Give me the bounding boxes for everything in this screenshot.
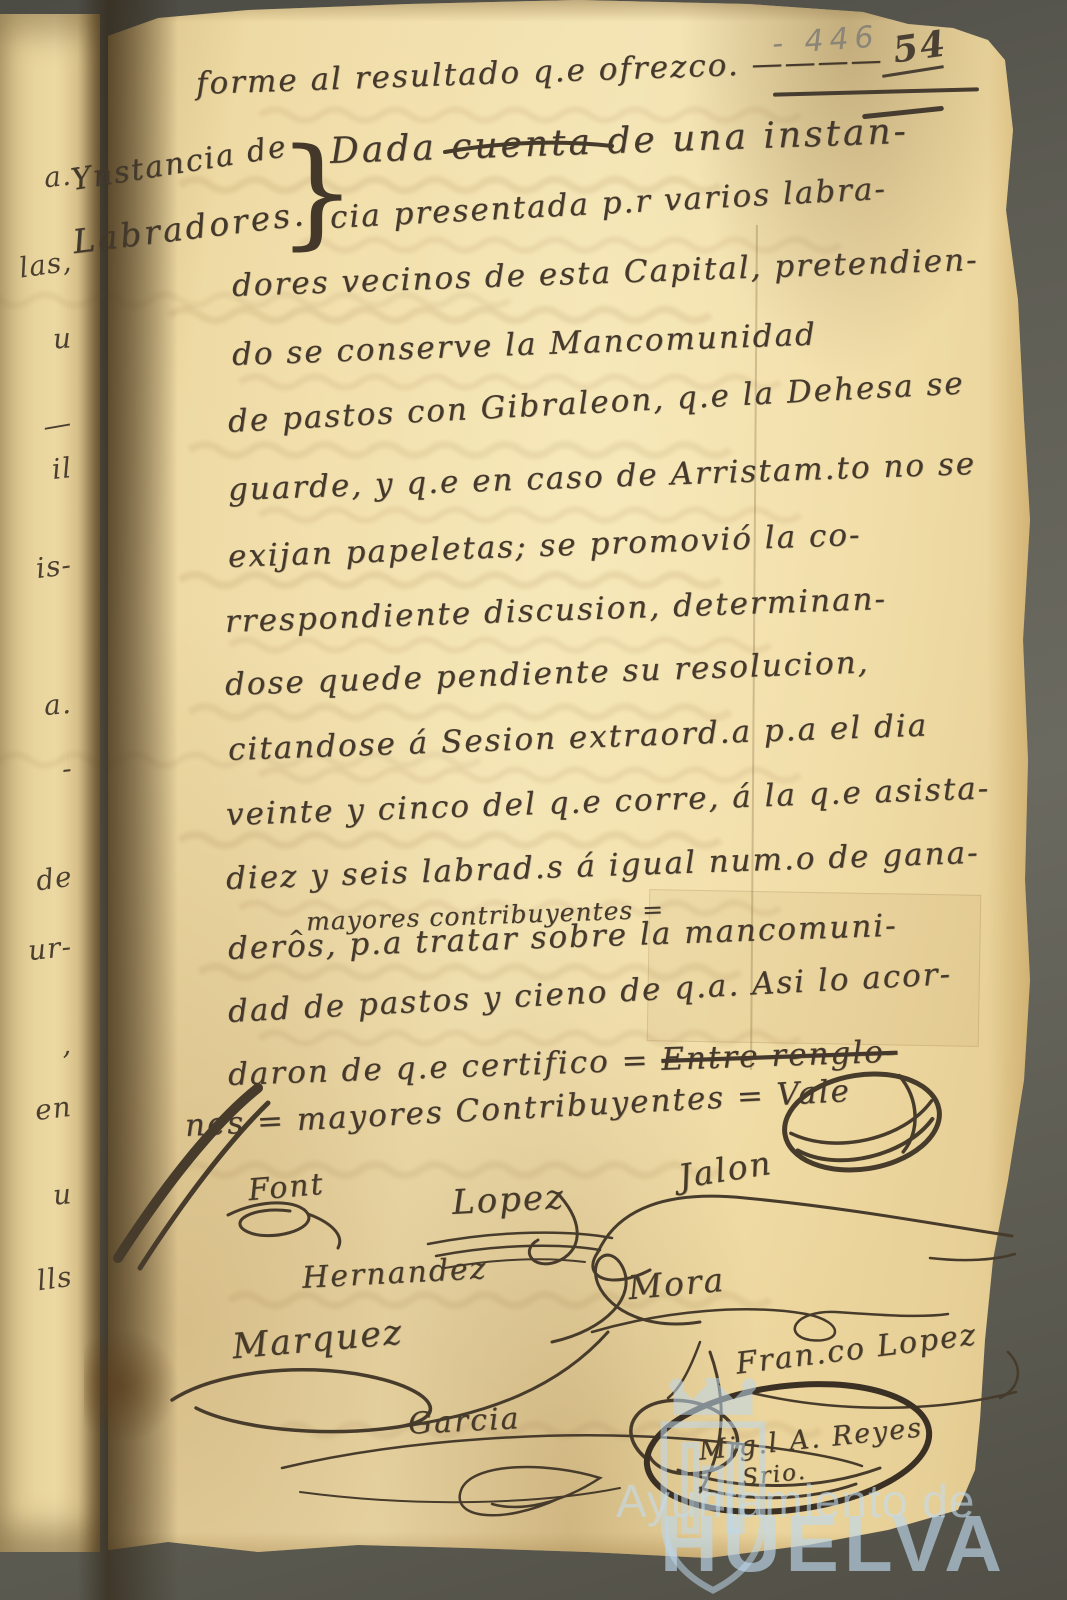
edge-fragment: lls (35, 1260, 75, 1298)
edge-fragment: en (34, 1090, 74, 1127)
edge-fragment: is- (34, 548, 74, 585)
page-edge-shading (108, 0, 1033, 22)
edge-fragment: il (50, 451, 73, 486)
edge-fragment: a. (43, 159, 74, 195)
edge-fragment: - (60, 752, 74, 786)
edge-fragment: — (40, 406, 74, 444)
page-edge-shading (108, 1532, 1033, 1566)
edge-fragment: , (61, 1028, 73, 1062)
previous-page-edge: a. las, u — il is- a. - de ur- , en u ll… (0, 14, 100, 1552)
edge-fragment: a. (43, 687, 73, 722)
manuscript-scan: a. las, u — il is- a. - de ur- , en u ll… (0, 0, 1067, 1600)
ink-blot-stain (84, 1328, 179, 1443)
edge-fragment: de (33, 860, 74, 898)
manuscript-page (108, 0, 1033, 1566)
edge-fragment: ur- (27, 930, 74, 967)
page-edge-shading (987, 0, 1033, 1566)
edge-fragment: las, (17, 244, 74, 284)
edge-fragment: u (52, 321, 73, 355)
edge-fragment: u (52, 1177, 74, 1212)
stain (647, 889, 982, 1047)
